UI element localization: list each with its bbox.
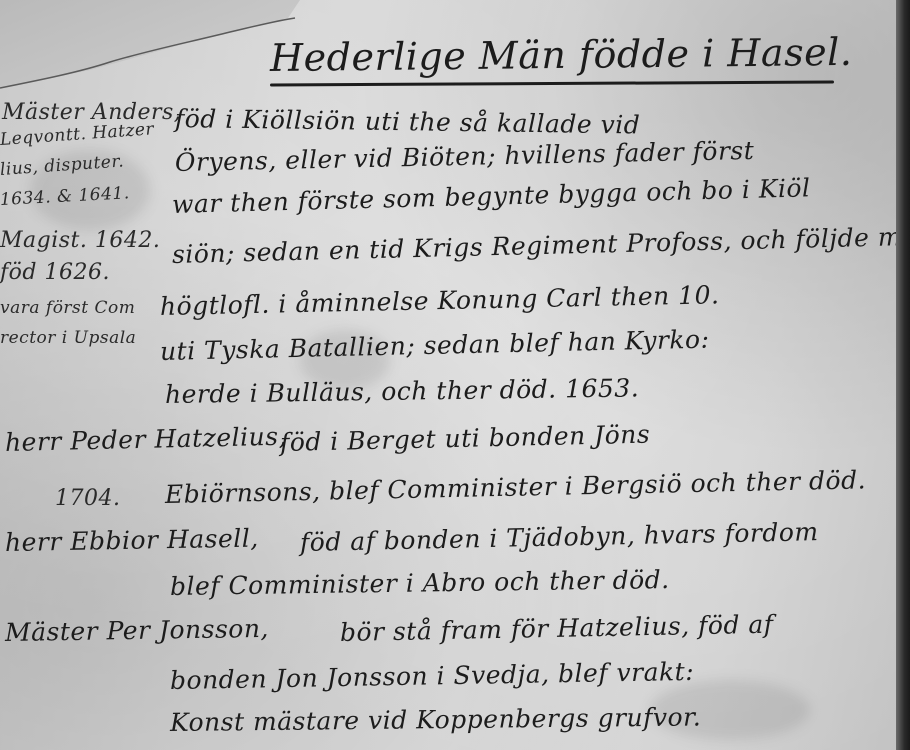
manuscript-page: Hederlige Män födde i Hasel. Mäster Ande… bbox=[0, 0, 910, 750]
entry-1-line-3: war then förste som begynte bygga och bo… bbox=[172, 173, 811, 219]
margin-note: Mäster Anders, bbox=[2, 100, 181, 125]
margin-note-year: 1704. bbox=[55, 486, 120, 511]
entry-1-line-4: siön; sedan en tid Krigs Regiment Profos… bbox=[172, 221, 910, 269]
entry-3-line-2: blef Comminister i Abro och ther död. bbox=[170, 565, 670, 601]
entry-2-heading: herr Peder Hatzelius, bbox=[5, 422, 288, 457]
entry-1-line-2: Öryens, eller vid Biöten; hvillens fader… bbox=[175, 136, 755, 177]
margin-note: föd 1626. bbox=[0, 260, 110, 285]
title-underline bbox=[270, 81, 834, 87]
entry-4-line-2: bonden Jon Jonsson i Svedja, blef vrakt: bbox=[170, 657, 695, 695]
page-binding-edge bbox=[896, 0, 910, 750]
entry-2-line-2: Ebiörnsons, blef Comminister i Bergsiö o… bbox=[165, 465, 867, 509]
margin-note: rector i Upsala bbox=[0, 328, 136, 348]
entry-4-line-3: Konst mästare vid Koppenbergs grufvor. bbox=[170, 702, 702, 737]
page-title: Hederlige Män födde i Hasel. bbox=[270, 30, 853, 80]
entry-1-line-6: uti Tyska Batallien; sedan blef han Kyrk… bbox=[160, 325, 710, 366]
torn-edge-line bbox=[0, 0, 300, 100]
entry-1-line-7: herde i Bulläus, och ther död. 1653. bbox=[165, 373, 640, 409]
margin-note: Magist. 1642. bbox=[0, 228, 160, 253]
entry-4-line-1: bör stå fram för Hatzelius, föd af bbox=[340, 610, 774, 647]
margin-note: vara först Com bbox=[0, 298, 135, 318]
entry-3-heading: herr Ebbior Hasell, bbox=[5, 524, 259, 557]
entry-2-line-1: föd i Berget uti bonden Jöns bbox=[280, 420, 651, 457]
entry-1-line-1: föd i Kiöllsiön uti the så kallade vid bbox=[175, 104, 641, 139]
entry-4-heading: Mäster Per Jonsson, bbox=[5, 614, 269, 647]
entry-1-line-5: högtlofl. i åminnelse Konung Carl then 1… bbox=[160, 280, 720, 321]
entry-3-line-1: föd af bonden i Tjädobyn, hvars fordom bbox=[300, 517, 819, 557]
